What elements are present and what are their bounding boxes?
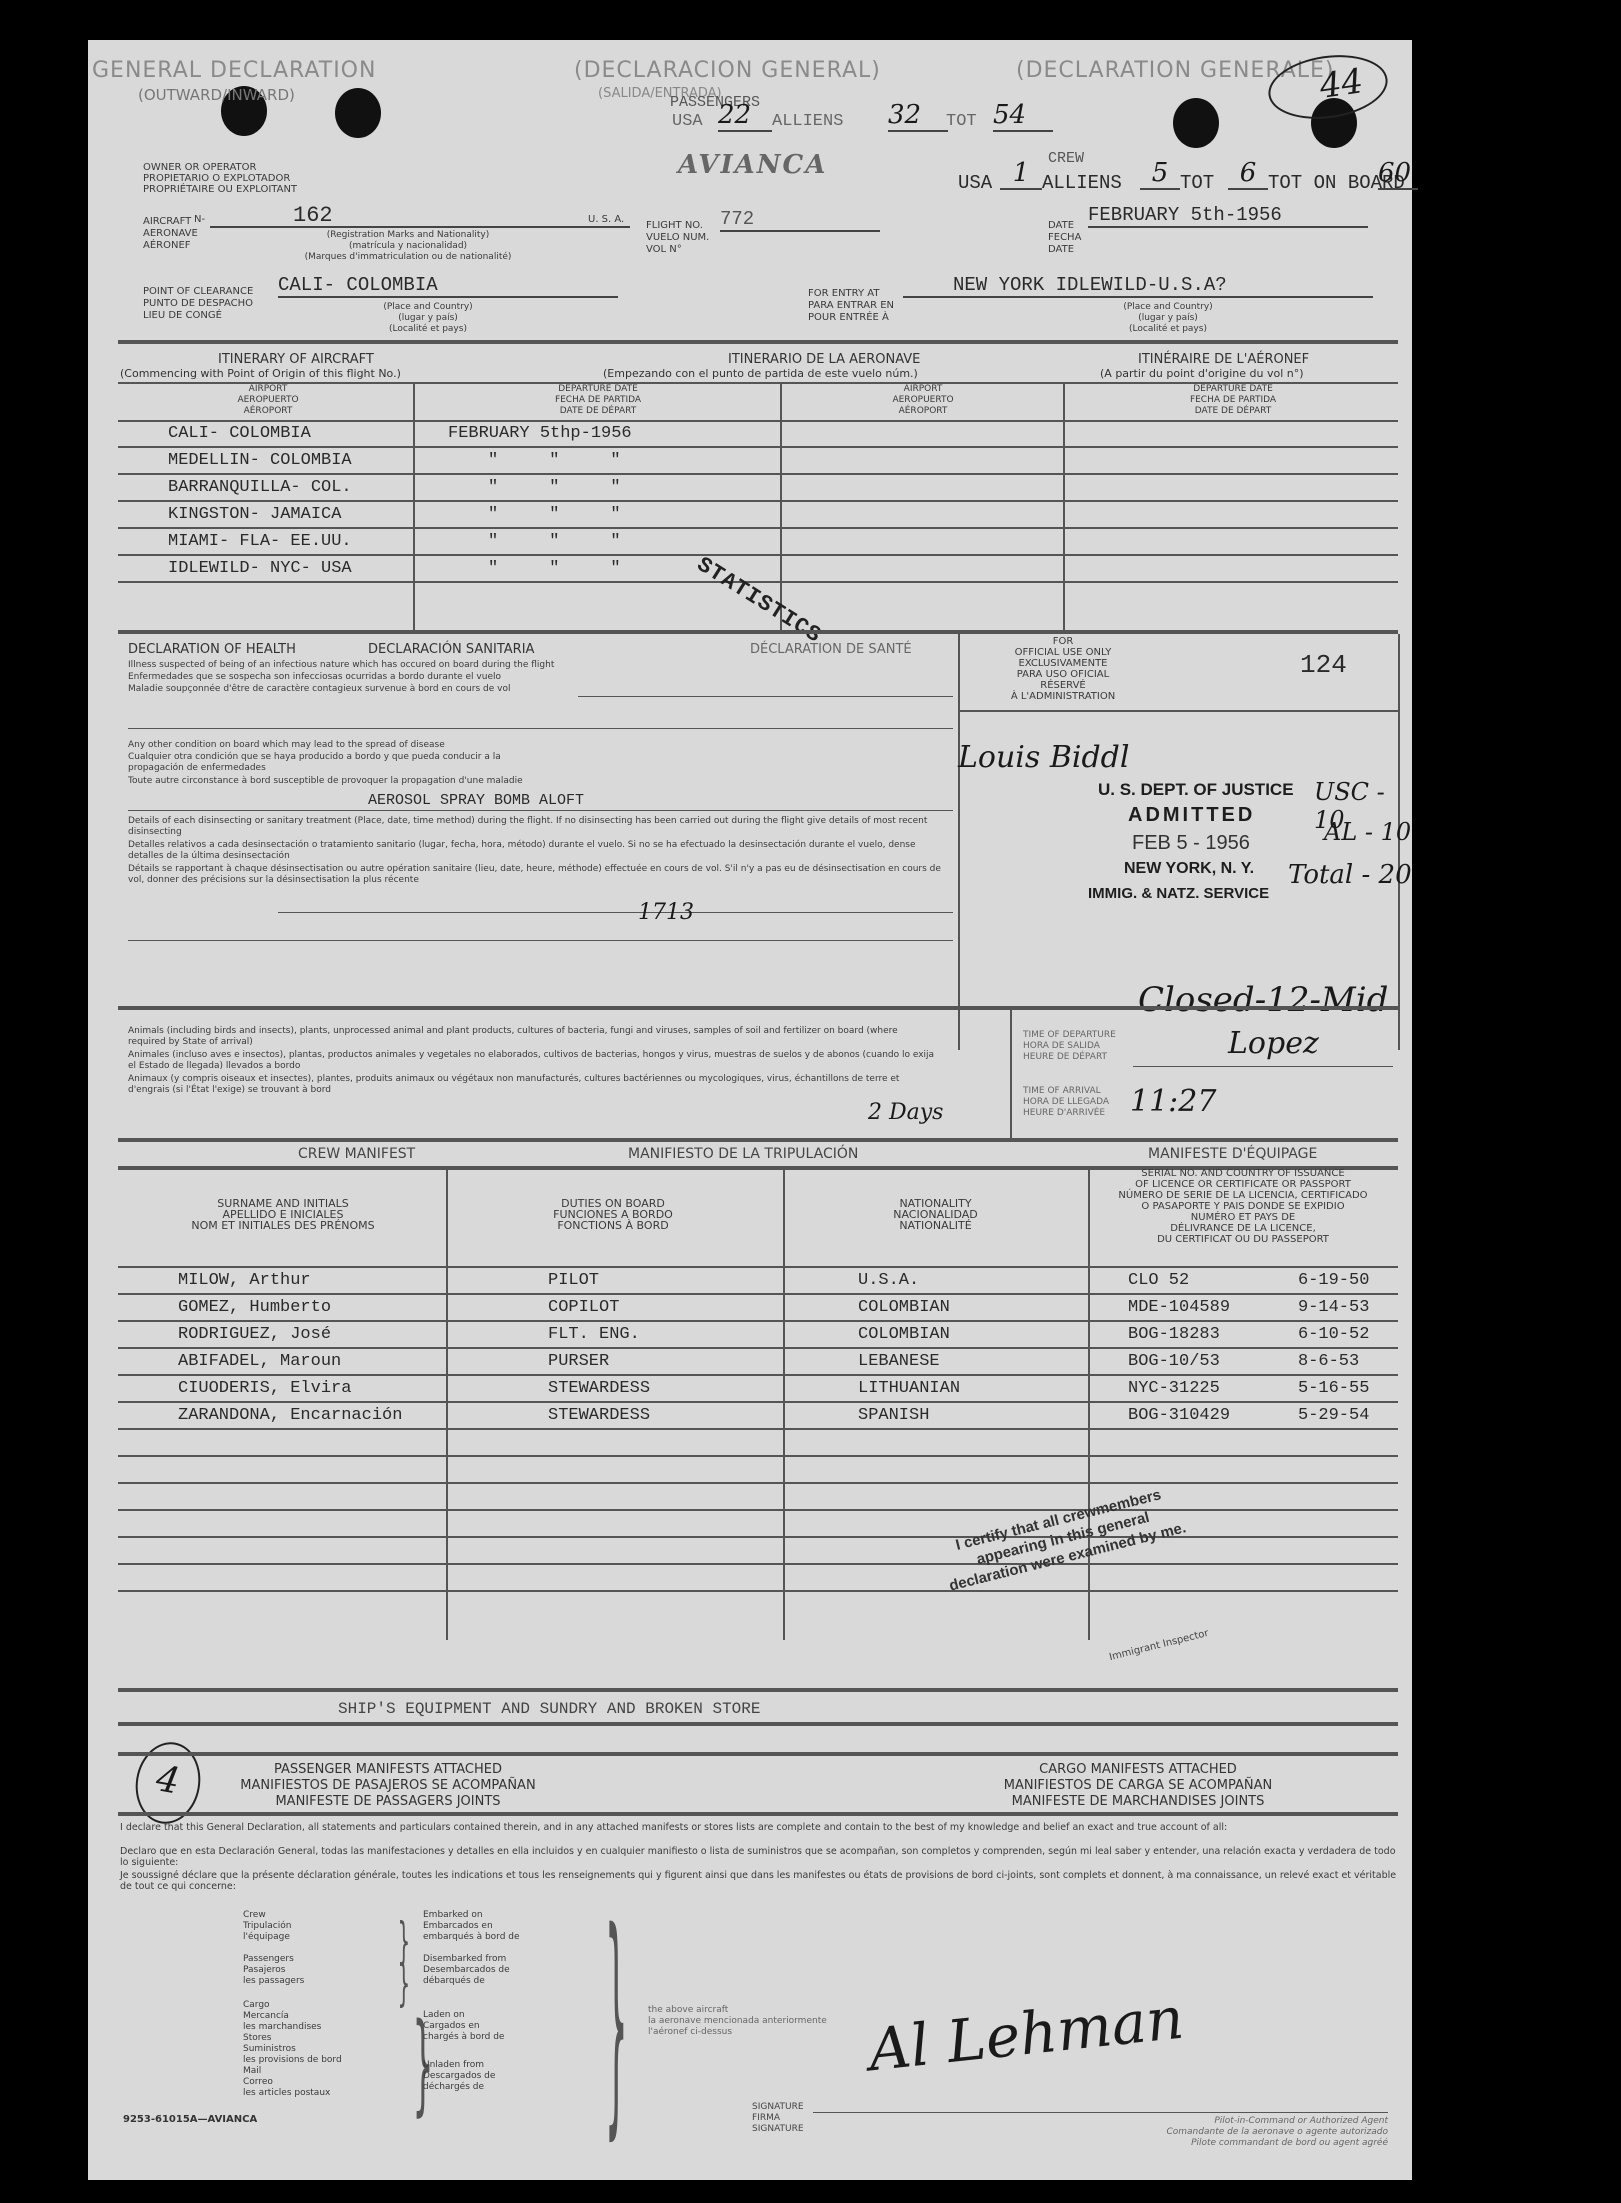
disinsect-value: 1713 [638, 900, 694, 925]
crew-tot-label: TOT [1180, 172, 1214, 194]
divider [960, 710, 1398, 712]
flight-label-en: FLIGHT NO. [646, 220, 703, 231]
decl-line: Correo [243, 2077, 342, 2088]
stamp-date: FEB 5 - 1956 [1132, 832, 1250, 855]
signature-role: Pilot-in-Command or Authorized Agent Com… [1048, 2116, 1388, 2149]
official-label-line: FOR [968, 636, 1158, 647]
itinerary-col-date: DEPARTURE DATE FECHA DE PARTIDA DATE DE … [418, 384, 778, 417]
col-label: DU CERTIFICAT OU DU PASSEPORT [1093, 1234, 1393, 1245]
crew-nationality: SPANISH [858, 1406, 929, 1425]
crew-manifest-title-fr: MANIFESTE D'ÉQUIPAGE [1148, 1146, 1317, 1162]
crew-duty: COPILOT [548, 1298, 619, 1317]
stamp-dept: U. S. DEPT. OF JUSTICE [1098, 780, 1294, 800]
disinsect-fr: Détails se rapportant à chaque désinsect… [128, 864, 953, 886]
stores-line: SHIP'S EQUIPMENT AND SUNDRY AND BROKEN S… [338, 1700, 760, 1718]
clearance-hint-fr: (Localité et pays) [328, 324, 528, 335]
tally-aliens: AL - 10 [1324, 818, 1411, 846]
field-line [1133, 1066, 1393, 1067]
aircraft-hint-fr: (Marques d'immatriculation ou de nationa… [238, 252, 578, 263]
itinerary-airport: IDLEWILD- NYC- USA [168, 559, 352, 578]
itinerary-sub-es: (Empezando con el punto de partida de es… [603, 367, 918, 380]
crew-row-empty [118, 1485, 1398, 1511]
signature-label-line: FIRMA [752, 2113, 804, 2124]
itinerary-row: MIAMI- FLA- EE.UU. " " " [118, 530, 1398, 556]
passenger-manifests: PASSENGER MANIFESTS ATTACHED MANIFIESTOS… [188, 1762, 588, 1810]
itinerary-row: CALI- COLOMBIA FEBRUARY 5thp-1956 [118, 422, 1398, 448]
signature-line [813, 2112, 1388, 2113]
punch-hole [1173, 98, 1219, 148]
col-label: NUMÉRO ET PAYS DE [1093, 1212, 1393, 1223]
divider [118, 1812, 1398, 1816]
official-label-line: RÉSERVÉ [968, 680, 1158, 691]
clearance-hint-en: (Place and Country) [328, 302, 528, 313]
itinerary-airport: CALI- COLOMBIA [168, 424, 311, 443]
field-line [578, 696, 953, 697]
decl-line: Passengers [243, 1954, 304, 1965]
crew-label: CREW [1048, 150, 1084, 167]
brace-icon: } [398, 1958, 411, 2008]
arrival-value: 11:27 [1130, 1084, 1216, 1119]
stamp-location: NEW YORK, N. Y. [1124, 860, 1254, 878]
col-label: NATIONALITÉ [788, 1220, 1083, 1231]
crew-row: ZARANDONA, Encarnación STEWARDESS SPANIS… [118, 1404, 1398, 1430]
column-divider [1010, 1006, 1012, 1140]
itinerary-date: " " " [488, 532, 621, 551]
circled-number-value: 44 [1317, 61, 1365, 107]
decl-line: déchargés de [423, 2082, 495, 2093]
decl-line: embarqués à bord de [423, 1932, 520, 1943]
crew-licence-date: 5-29-54 [1298, 1406, 1369, 1425]
crew-duty: FLT. ENG. [548, 1325, 640, 1344]
declaration-es: Declaro que en esta Declaración General,… [120, 1846, 1400, 1868]
col-label: AEROPUERTO [128, 395, 408, 406]
decl-line: Desembarcados de [423, 1965, 510, 1976]
owner-value: AVIANCA [678, 150, 827, 180]
clearance-label-fr: LIEU DE CONGÉ [143, 310, 222, 321]
crew-duty: STEWARDESS [548, 1379, 650, 1398]
itinerary-row: KINGSTON- JAMAICA " " " [118, 503, 1398, 529]
decl-line: Embarked on [423, 1910, 520, 1921]
crew-row: ABIFADEL, Maroun PURSER LEBANESE BOG-10/… [118, 1350, 1398, 1376]
cargo-manifests: CARGO MANIFESTS ATTACHED MANIFIESTOS DE … [938, 1762, 1338, 1810]
cargo-manifests-fr: MANIFESTE DE MARCHANDISES JOINTS [938, 1794, 1338, 1810]
other-en: Any other condition on board which may l… [128, 740, 445, 751]
decl-line: chargés à bord de [423, 2032, 504, 2043]
crew-licence-date: 6-19-50 [1298, 1271, 1369, 1290]
date-label-en: DATE [1048, 220, 1074, 231]
title-en: GENERAL DECLARATION [92, 58, 376, 83]
itinerary-row: IDLEWILD- NYC- USA " " " [118, 557, 1398, 583]
crew-row: MILOW, Arthur PILOT U.S.A. CLO 52 6-19-5… [118, 1269, 1398, 1295]
inspector-title: Immigrant Inspector [1108, 1628, 1210, 1663]
decl-line: Descargados de [423, 2071, 495, 2082]
other-value: AEROSOL SPRAY BOMB ALOFT [368, 792, 584, 809]
tot-on-board-value: 60 [1378, 158, 1418, 190]
col-label: DATE DE DÉPART [418, 406, 778, 417]
animals-value: 2 Days [868, 1100, 943, 1125]
decl-line: l'aéronef ci-dessus [648, 2027, 827, 2038]
arrival-label-line: HORA DE LLEGADA [1023, 1097, 1109, 1108]
itinerary-col-date-2: DEPARTURE DATE FECHA DE PARTIDA DATE DE … [1068, 384, 1398, 417]
decl-line: Mercancía [243, 2011, 342, 2022]
disinsect-en: Details of each disinsecting or sanitary… [128, 816, 953, 838]
crew-licence-date: 6-10-52 [1298, 1325, 1369, 1344]
itinerary-airport: MIAMI- FLA- EE.UU. [168, 532, 352, 551]
owner-label-es: PROPIETARIO O EXPLOTADOR [143, 173, 290, 184]
itinerary-date: " " " [488, 559, 621, 578]
crew-aliens-value: 5 [1140, 158, 1180, 190]
crew-row-empty [118, 1431, 1398, 1457]
col-nationality: NATIONALITY NACIONALIDAD NATIONALITÉ [788, 1198, 1083, 1231]
declaration-col2-laden: Laden on Cargados en chargés à bord de [423, 2010, 504, 2043]
declaration-col1-cargo: Cargo Mercancía les marchandises Stores … [243, 2000, 342, 2099]
col-label: DEPARTURE DATE [418, 384, 778, 395]
field-line [128, 940, 953, 941]
crew-licence: BOG-18283 [1128, 1325, 1220, 1344]
crew-licence-date: 5-16-55 [1298, 1379, 1369, 1398]
col-label: DÉLIVRANCE DE LA LICENCE, [1093, 1223, 1393, 1234]
closed-note: Closed-12-Mid [1138, 980, 1388, 1020]
animals-fr: Animaux (y compris oiseaux et insectes),… [128, 1074, 938, 1096]
itinerary-sub-en: (Commencing with Point of Origin of this… [120, 367, 401, 380]
itinerary-date: " " " [488, 505, 621, 524]
pax-usa-value: 22 [718, 100, 772, 132]
decl-line: Tripulación [243, 1921, 291, 1932]
itinerary-airport: MEDELLIN- COLOMBIA [168, 451, 352, 470]
divider [118, 1688, 1398, 1692]
date-value: FEBRUARY 5th-1956 [1088, 204, 1368, 228]
declaration-en: I declare that this General Declaration,… [120, 1822, 1400, 1833]
crew-nationality: LEBANESE [858, 1352, 940, 1371]
decl-line: Cargo [243, 2000, 342, 2011]
entry-hint-en: (Place and Country) [1068, 302, 1268, 313]
field-line [278, 912, 953, 913]
punch-hole [335, 88, 381, 138]
owner-label-en: OWNER OR OPERATOR [143, 162, 256, 173]
crew-licence: NYC-31225 [1128, 1379, 1220, 1398]
itinerary-row: BARRANQUILLA- COL. " " " [118, 476, 1398, 502]
divider [118, 1138, 1398, 1142]
entry-label-es: PARA ENTRAR EN [808, 300, 894, 311]
decl-line: Unladen from [423, 2060, 495, 2071]
illness-fr: Maladie soupçonnée d'être de caractère c… [128, 684, 510, 695]
itinerary-col-airport: AIRPORT AEROPUERTO AÉROPORT [128, 384, 408, 417]
official-label-line: OFFICIAL USE ONLY [968, 647, 1158, 658]
passenger-manifests-es: MANIFIESTOS DE PASAJEROS SE ACOMPAÑAN [188, 1778, 588, 1794]
flight-label-fr: VOL N° [646, 244, 682, 255]
aircraft-prefix: N- [194, 214, 205, 225]
divider [118, 1266, 1398, 1268]
official-label-line: PARA USO OFICIAL [968, 669, 1158, 680]
crew-name: ABIFADEL, Maroun [178, 1352, 341, 1371]
signature-role-fr: Pilote commandant de bord ou agent agréé [1048, 2138, 1388, 2149]
decl-line: Stores [243, 2033, 342, 2044]
col-label: OF LICENCE OR CERTIFICATE OR PASSPORT [1093, 1179, 1393, 1190]
health-title-fr: DÉCLARATION DE SANTÉ [750, 642, 912, 657]
decl-line: Suministros [243, 2044, 342, 2055]
signature-label: SIGNATURE FIRMA SIGNATURE [752, 2102, 804, 2135]
disinsect-es: Detalles relativos a cada desinsectación… [128, 840, 953, 862]
owner-label-fr: PROPRIÉTAIRE OU EXPLOITANT [143, 184, 297, 195]
crew-usa-label: USA [958, 172, 992, 194]
decl-line: Crew [243, 1910, 291, 1921]
itinerary-date: " " " [488, 451, 621, 470]
entry-hint-es: (lugar y país) [1068, 313, 1268, 324]
animals-es: Animales (incluso aves e insectos), plan… [128, 1050, 938, 1072]
passenger-manifests-fr: MANIFESTE DE PASSAGERS JOINTS [188, 1794, 588, 1810]
signature-label-line: SIGNATURE [752, 2102, 804, 2113]
decl-line: la aeronave mencionada anteriormente [648, 2016, 827, 2027]
entry-hint-fr: (Localité et pays) [1068, 324, 1268, 335]
crew-tot-value: 6 [1228, 158, 1268, 190]
aircraft-label-fr: AÉRONEF [143, 240, 191, 251]
col-label: O PASAPORTE Y PAIS DONDE SE EXPIDIO [1093, 1201, 1393, 1212]
col-label: AIRPORT [788, 384, 1058, 395]
crew-nationality: U.S.A. [858, 1271, 919, 1290]
crew-row-empty [118, 1458, 1398, 1484]
aircraft-hint-es: (matrícula y nacionalidad) [238, 241, 578, 252]
itinerary-title-en: ITINERARY OF AIRCRAFT [218, 352, 374, 367]
crew-name: CIUODERIS, Elvira [178, 1379, 351, 1398]
itinerary-title-es: ITINERARIO DE LA AERONAVE [728, 352, 920, 367]
official-number: 124 [1300, 650, 1347, 680]
clearance-label-es: PUNTO DE DESPACHO [143, 298, 253, 309]
decl-line: débarqués de [423, 1976, 510, 1987]
departure-label-line: HEURE DE DÉPART [1023, 1052, 1116, 1063]
divider [118, 1006, 1398, 1010]
crew-licence: MDE-104589 [1128, 1298, 1230, 1317]
declaration-col2-embarked: Embarked on Embarcados en embarqués à bo… [423, 1910, 520, 1943]
aircraft-country: U. S. A. [588, 214, 624, 225]
field-line [128, 728, 953, 729]
column-divider [958, 634, 960, 1050]
pax-tot-label: TOT [946, 112, 977, 131]
decl-line: the above aircraft [648, 2005, 827, 2016]
arrival-label: TIME OF ARRIVAL HORA DE LLEGADA HEURE D'… [1023, 1086, 1109, 1119]
crew-licence: CLO 52 [1128, 1271, 1189, 1290]
col-label: NÚMERO DE SERIE DE LA LICENCIA, CERTIFIC… [1093, 1190, 1393, 1201]
departure-label-line: HORA DE SALIDA [1023, 1041, 1116, 1052]
col-label: SERIAL NO. AND COUNTRY OF ISSUANCE [1093, 1168, 1393, 1179]
divider [118, 340, 1398, 344]
divider [118, 1722, 1398, 1726]
decl-line: les provisions de bord [243, 2055, 342, 2066]
clearance-hint-es: (lugar y país) [328, 313, 528, 324]
pax-tot-value: 54 [993, 100, 1053, 132]
illness-en: Illness suspected of being of an infecti… [128, 660, 554, 671]
itinerary-airport: KINGSTON- JAMAICA [168, 505, 341, 524]
pilot-signature: Al Lehman [865, 1984, 1186, 2085]
entry-label-en: FOR ENTRY AT [808, 288, 879, 299]
arrival-label-line: TIME OF ARRIVAL [1023, 1086, 1109, 1097]
entry-value: NEW YORK IDLEWILD-U.S.A? [903, 274, 1373, 298]
col-label: AÉROPORT [788, 406, 1058, 417]
departure-label-line: TIME OF DEPARTURE [1023, 1030, 1116, 1041]
decl-line: Embarcados en [423, 1921, 520, 1932]
other-es: Cualquier otra condición que se haya pro… [128, 752, 528, 774]
itinerary-airport: BARRANQUILLA- COL. [168, 478, 352, 497]
aircraft-value: 162 [293, 203, 333, 228]
col-label: FONCTIONS À BORD [453, 1220, 773, 1231]
divider [118, 1752, 1398, 1756]
divider [118, 630, 1398, 634]
official-label-line: EXCLUSIVAMENTE [968, 658, 1158, 669]
decl-line: l'équipage [243, 1932, 291, 1943]
date-label-fr: DATE [1048, 244, 1074, 255]
flight-label-es: VUELO NUM. [646, 232, 709, 243]
large-brace-icon: } [605, 1900, 628, 2140]
cargo-manifests-es: MANIFIESTOS DE CARGA SE ACOMPAÑAN [938, 1778, 1338, 1794]
crew-nationality: LITHUANIAN [858, 1379, 960, 1398]
crew-row-empty [118, 1512, 1398, 1538]
crew-duty: PURSER [548, 1352, 609, 1371]
illness-es: Enfermedades que se sospecha son infecci… [128, 672, 501, 683]
date-label-es: FECHA [1048, 232, 1081, 243]
official-use-label: FOR OFFICIAL USE ONLY EXCLUSIVAMENTE PAR… [968, 636, 1158, 702]
declaration-col1-crew: Crew Tripulación l'équipage [243, 1910, 291, 1943]
tally-total: Total - 20 [1288, 860, 1412, 890]
decl-line: Laden on [423, 2010, 504, 2021]
circled-count-value: 4 [153, 1758, 183, 1802]
health-title-es: DECLARACIÓN SANITARIA [368, 642, 534, 657]
declaration-col3: the above aircraft la aeronave mencionad… [648, 2005, 827, 2038]
crew-aliens-label: ALLIENS [1042, 172, 1122, 194]
crew-duty: STEWARDESS [548, 1406, 650, 1425]
crew-nationality: COLOMBIAN [858, 1325, 950, 1344]
itinerary-sub-fr: (A partir du point d'origine du vol n°) [1100, 367, 1304, 380]
pax-usa-label: USA [672, 112, 703, 131]
decl-line: les articles postaux [243, 2088, 342, 2099]
crew-row-empty [118, 1566, 1398, 1592]
departure-value: Lopez [1228, 1026, 1319, 1061]
crew-manifest-title-es: MANIFIESTO DE LA TRIPULACIÓN [628, 1146, 858, 1162]
stamp-admitted: ADMITTED [1128, 804, 1255, 827]
col-licence: SERIAL NO. AND COUNTRY OF ISSUANCE OF LI… [1093, 1168, 1393, 1245]
title-es: (DECLARACION GENERAL) [574, 58, 881, 83]
declaration-col1-passengers: Passengers Pasajeros les passagers [243, 1954, 304, 1987]
crew-name: GOMEZ, Humberto [178, 1298, 331, 1317]
pax-aliens-value: 32 [888, 100, 948, 132]
decl-line: les marchandises [243, 2022, 342, 2033]
col-label: DEPARTURE DATE [1068, 384, 1398, 395]
flight-value: 772 [720, 208, 880, 232]
arrival-label-line: HEURE D'ARRIVÉE [1023, 1108, 1109, 1119]
departure-label: TIME OF DEPARTURE HORA DE SALIDA HEURE D… [1023, 1030, 1116, 1063]
itinerary-row: MEDELLIN- COLOMBIA " " " [118, 449, 1398, 475]
itinerary-date: FEBRUARY 5thp-1956 [448, 424, 632, 443]
crew-licence: BOG-10/53 [1128, 1352, 1220, 1371]
col-duties: DUTIES ON BOARD FUNCIONES A BORDO FONCTI… [453, 1198, 773, 1231]
clearance-value: CALI- COLOMBIA [278, 274, 618, 298]
decl-line: les passagers [243, 1976, 304, 1987]
stamp-service: IMMIG. & NATZ. SERVICE [1088, 885, 1269, 902]
col-label: FECHA DE PARTIDA [418, 395, 778, 406]
field-line [128, 810, 953, 811]
crew-row: GOMEZ, Humberto COPILOT COLOMBIAN MDE-10… [118, 1296, 1398, 1322]
clearance-label-en: POINT OF CLEARANCE [143, 286, 253, 297]
subtitle-en: (OUTWARD/INWARD) [138, 86, 295, 104]
declaration-col2-disembarked: Disembarked from Desembarcados de débarq… [423, 1954, 510, 1987]
col-label: AEROPUERTO [788, 395, 1058, 406]
itinerary-title-fr: ITINÉRAIRE DE L'AÉRONEF [1138, 352, 1309, 367]
decl-line: Disembarked from [423, 1954, 510, 1965]
crew-row-empty [118, 1539, 1398, 1565]
col-label: FECHA DE PARTIDA [1068, 395, 1398, 406]
animals-en: Animals (including birds and insects), p… [128, 1026, 938, 1048]
crew-manifest-title-en: CREW MANIFEST [298, 1146, 415, 1162]
crew-name: ZARANDONA, Encarnación [178, 1406, 402, 1425]
decl-line: Pasajeros [243, 1965, 304, 1976]
declaration-fr: Je soussigné déclare que la présente déc… [120, 1870, 1400, 1892]
inspector-signature: Louis Biddl [958, 740, 1129, 775]
passenger-manifests-en: PASSENGER MANIFESTS ATTACHED [188, 1762, 588, 1778]
crew-licence-date: 8-6-53 [1298, 1352, 1359, 1371]
cargo-manifests-en: CARGO MANIFESTS ATTACHED [938, 1762, 1338, 1778]
crew-row: CIUODERIS, Elvira STEWARDESS LITHUANIAN … [118, 1377, 1398, 1403]
crew-row: RODRIGUEZ, José FLT. ENG. COLOMBIAN BOG-… [118, 1323, 1398, 1349]
decl-line: Mail [243, 2066, 342, 2077]
entry-label-fr: POUR ENTRÉE À [808, 312, 889, 323]
health-title-en: DECLARATION OF HEALTH [128, 642, 296, 657]
pax-aliens-label: ALLIENS [772, 112, 843, 131]
col-label: DATE DE DÉPART [1068, 406, 1398, 417]
signature-role-es: Comandante de la aeronave o agente autor… [1048, 2127, 1388, 2138]
form-code: 9253-61015A—AVIANCA [123, 2114, 257, 2125]
official-label-line: À L'ADMINISTRATION [968, 691, 1158, 702]
crew-licence: BOG-310429 [1128, 1406, 1230, 1425]
crew-usa-value: 1 [1000, 158, 1042, 190]
crew-name: MILOW, Arthur [178, 1271, 311, 1290]
col-label: AIRPORT [128, 384, 408, 395]
crew-nationality: COLOMBIAN [858, 1298, 950, 1317]
signature-label-line: SIGNATURE [752, 2124, 804, 2135]
crew-name: RODRIGUEZ, José [178, 1325, 331, 1344]
other-fr: Toute autre circonstance à bord suscepti… [128, 776, 523, 787]
col-surname: SURNAME AND INITIALS APELLIDO E INICIALE… [128, 1198, 438, 1231]
col-label: AÉROPORT [128, 406, 408, 417]
itinerary-date: " " " [488, 478, 621, 497]
crew-duty: PILOT [548, 1271, 599, 1290]
signature-role-en: Pilot-in-Command or Authorized Agent [1048, 2116, 1388, 2127]
crew-licence-date: 9-14-53 [1298, 1298, 1369, 1317]
col-label: NOM ET INITIALES DES PRÉNOMS [128, 1220, 438, 1231]
declaration-col2-unladen: Unladen from Descargados de déchargés de [423, 2060, 495, 2093]
aircraft-label-en: AIRCRAFT [143, 216, 191, 227]
itinerary-col-airport-2: AIRPORT AEROPUERTO AÉROPORT [788, 384, 1058, 417]
aircraft-hint-en: (Registration Marks and Nationality) [238, 230, 578, 241]
aircraft-label-es: AERONAVE [143, 228, 198, 239]
aircraft-underline [210, 226, 630, 228]
decl-line: Cargados en [423, 2021, 504, 2032]
general-declaration-document: GENERAL DECLARATION (OUTWARD/INWARD) (DE… [88, 40, 1412, 2180]
